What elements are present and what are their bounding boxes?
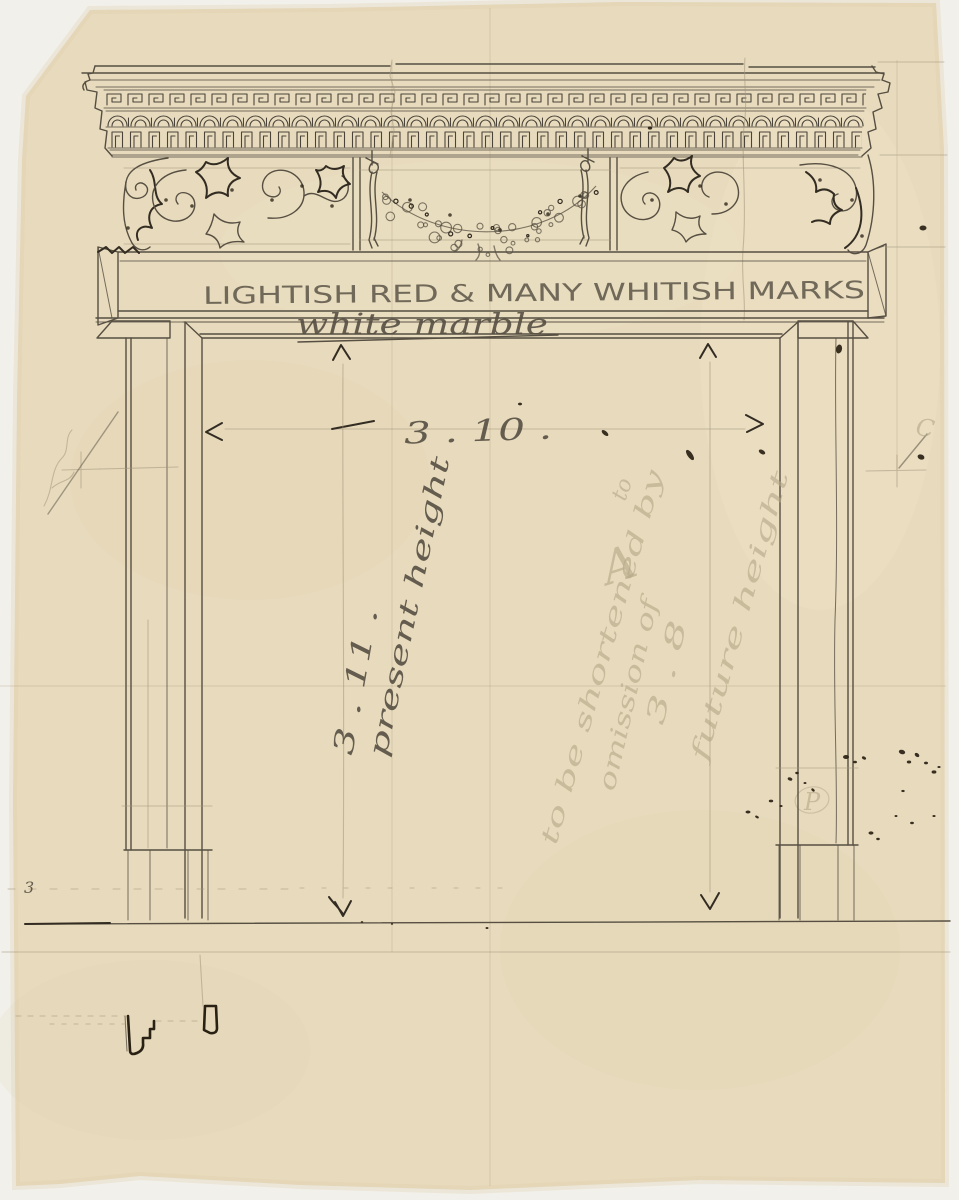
numeral-3-left-margin: 3 xyxy=(24,878,34,897)
paper-sheet xyxy=(0,2,946,1190)
pilaster-doodle-letter: P xyxy=(803,788,821,816)
dim-width: 3 . 10 . xyxy=(403,411,552,451)
fret-band xyxy=(104,90,866,111)
scanned-drawing: P xyxy=(0,0,959,1200)
chimneypiece-sketch: P xyxy=(0,0,959,1200)
egg-and-dart-band xyxy=(106,113,864,127)
inscription-main: LIGHTISH RED & MANY WHITISH MARKS xyxy=(203,276,865,310)
